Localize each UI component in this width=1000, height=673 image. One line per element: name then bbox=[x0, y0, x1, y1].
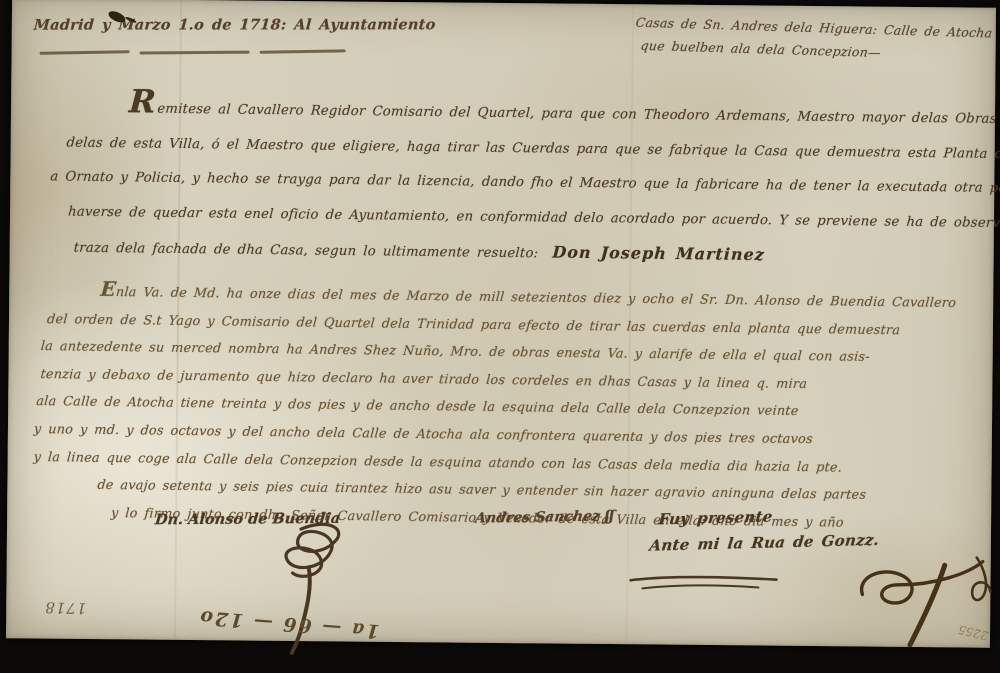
manuscript-line-text: traza dela fachada de dha Casa, segun lo… bbox=[73, 241, 539, 262]
archive-year-mark: 1718 bbox=[44, 598, 87, 617]
secretary-signature-inline: Don Joseph Martinez bbox=[552, 243, 766, 265]
heading-underline bbox=[260, 49, 346, 53]
manuscript-paper: Madrid y Marzo 1.o de 1718: Al Ayuntamie… bbox=[6, 0, 996, 648]
scan-background: { "document_type": "manuscript-1718", "h… bbox=[0, 0, 1000, 673]
property-title-line: Casas de Sn. Andres dela Higuera: Calle … bbox=[635, 15, 994, 41]
survey-act-paragraph: Enla Va. de Md. ha onze dias del mes de … bbox=[26, 275, 958, 538]
docket-date-heading: Madrid y Marzo 1.o de 1718: Al Ayuntamie… bbox=[33, 16, 436, 33]
council-order-paragraph: Remitese al Cavallero Regidor Comisario … bbox=[41, 83, 1000, 278]
property-title-line: que buelben ala dela Concepzion— bbox=[640, 38, 991, 64]
signature-sanchez: Andres Sanchez ʃʃ bbox=[474, 508, 615, 526]
property-title-heading: Casas de Sn. Andres dela Higuera: Calle … bbox=[631, 15, 994, 72]
heading-underline bbox=[140, 51, 250, 55]
escribano-line: Ante mi la Rua de Gonzz. bbox=[648, 527, 881, 559]
underline-flourish bbox=[624, 570, 784, 598]
heading-underline bbox=[40, 50, 130, 54]
